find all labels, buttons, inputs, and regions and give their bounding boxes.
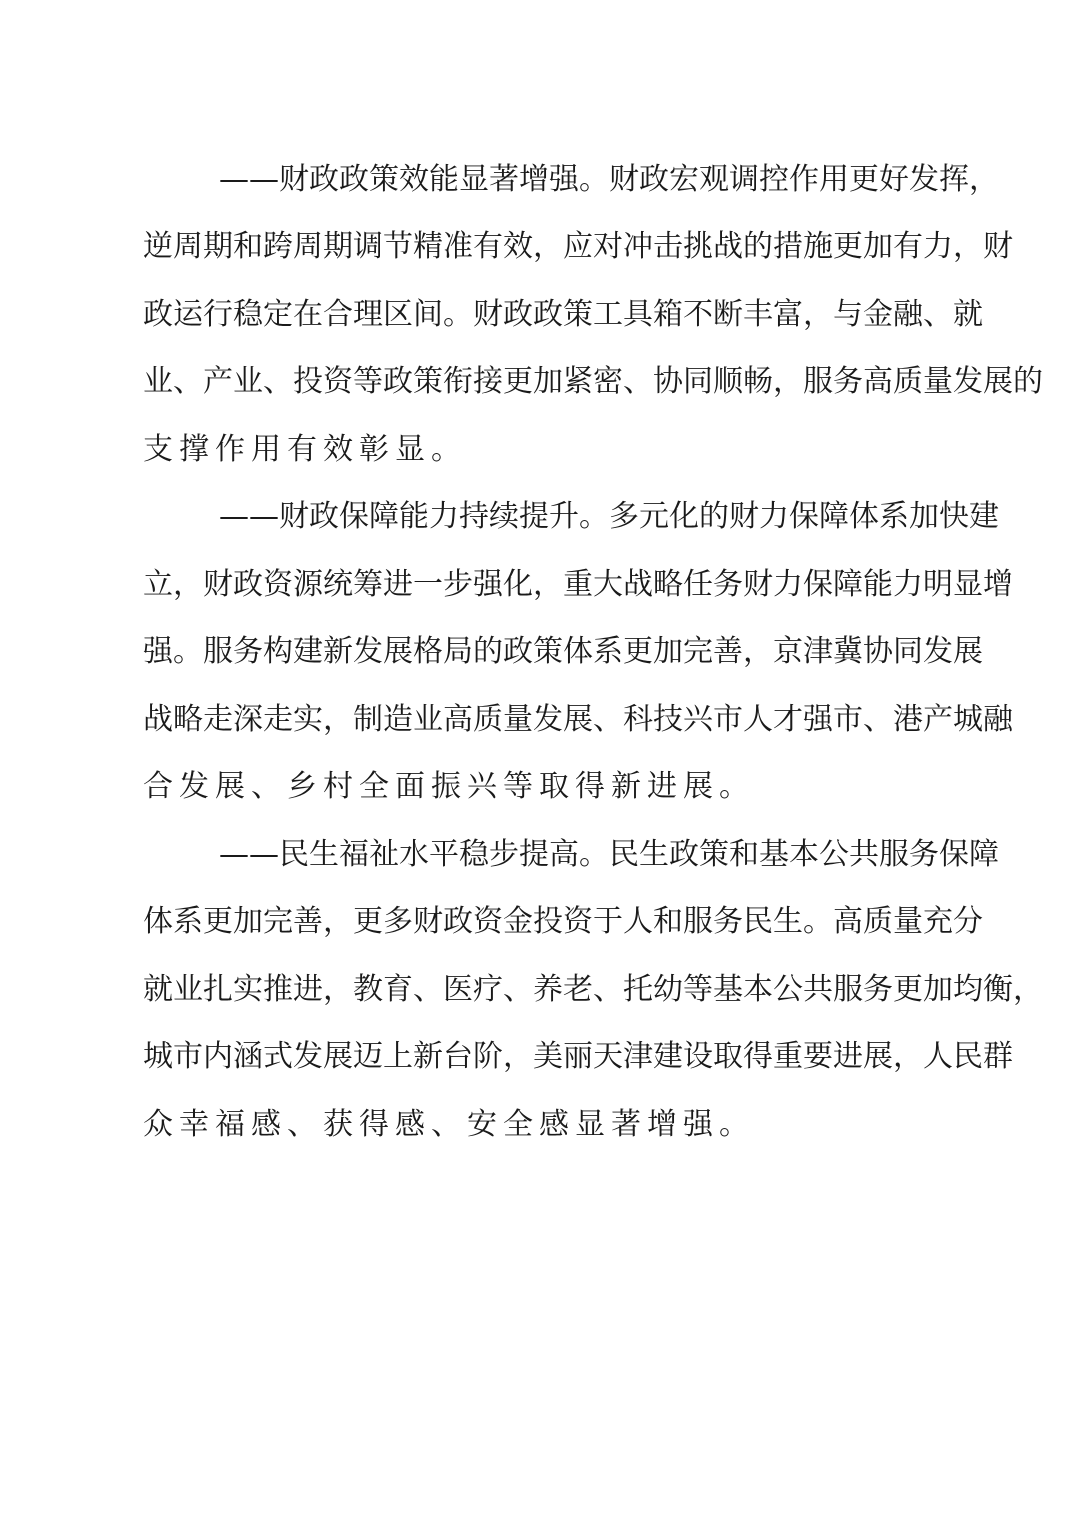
paragraph-1-line-4: 业、产业、投资等政策衔接更加紧密、协同顺畅，服务高质量发展的 bbox=[143, 362, 935, 402]
paragraph-1-line-5: 支撑作用有效彰显。 bbox=[143, 430, 935, 470]
paragraph-1-line-3: 政运行稳定在合理区间。财政政策工具箱不断丰富，与金融、就 bbox=[143, 295, 935, 335]
paragraph-2-line-2: 立，财政资源统筹进一步强化，重大战略任务财力保障能力明显增 bbox=[143, 565, 935, 605]
paragraph-2-line-1: ——财政保障能力持续提升。多元化的财力保障体系加快建 bbox=[219, 497, 935, 537]
paragraph-1-line-2: 逆周期和跨周期调节精准有效，应对冲击挑战的措施更加有力，财 bbox=[143, 227, 935, 267]
paragraph-3-line-3: 就业扎实推进，教育、医疗、养老、托幼等基本公共服务更加均衡， bbox=[143, 970, 935, 1010]
paragraph-3-line-4: 城市内涵式发展迈上新台阶，美丽天津建设取得重要进展，人民群 bbox=[143, 1037, 935, 1077]
paragraph-3-line-2: 体系更加完善，更多财政资金投资于人和服务民生。高质量充分 bbox=[143, 902, 935, 942]
paragraph-1-line-1: ——财政政策效能显著增强。财政宏观调控作用更好发挥， bbox=[219, 160, 935, 200]
document-page: ——财政政策效能显著增强。财政宏观调控作用更好发挥， 逆周期和跨周期调节精准有效… bbox=[0, 0, 1074, 1520]
paragraph-2-line-3: 强。服务构建新发展格局的政策体系更加完善，京津冀协同发展 bbox=[143, 632, 935, 672]
paragraph-2-line-4: 战略走深走实，制造业高质量发展、科技兴市人才强市、港产城融 bbox=[143, 700, 935, 740]
paragraph-2-line-5: 合发展、乡村全面振兴等取得新进展。 bbox=[143, 767, 935, 807]
paragraph-3-line-5: 众幸福感、获得感、安全感显著增强。 bbox=[143, 1105, 935, 1145]
paragraph-3-line-1: ——民生福祉水平稳步提高。民生政策和基本公共服务保障 bbox=[219, 835, 935, 875]
